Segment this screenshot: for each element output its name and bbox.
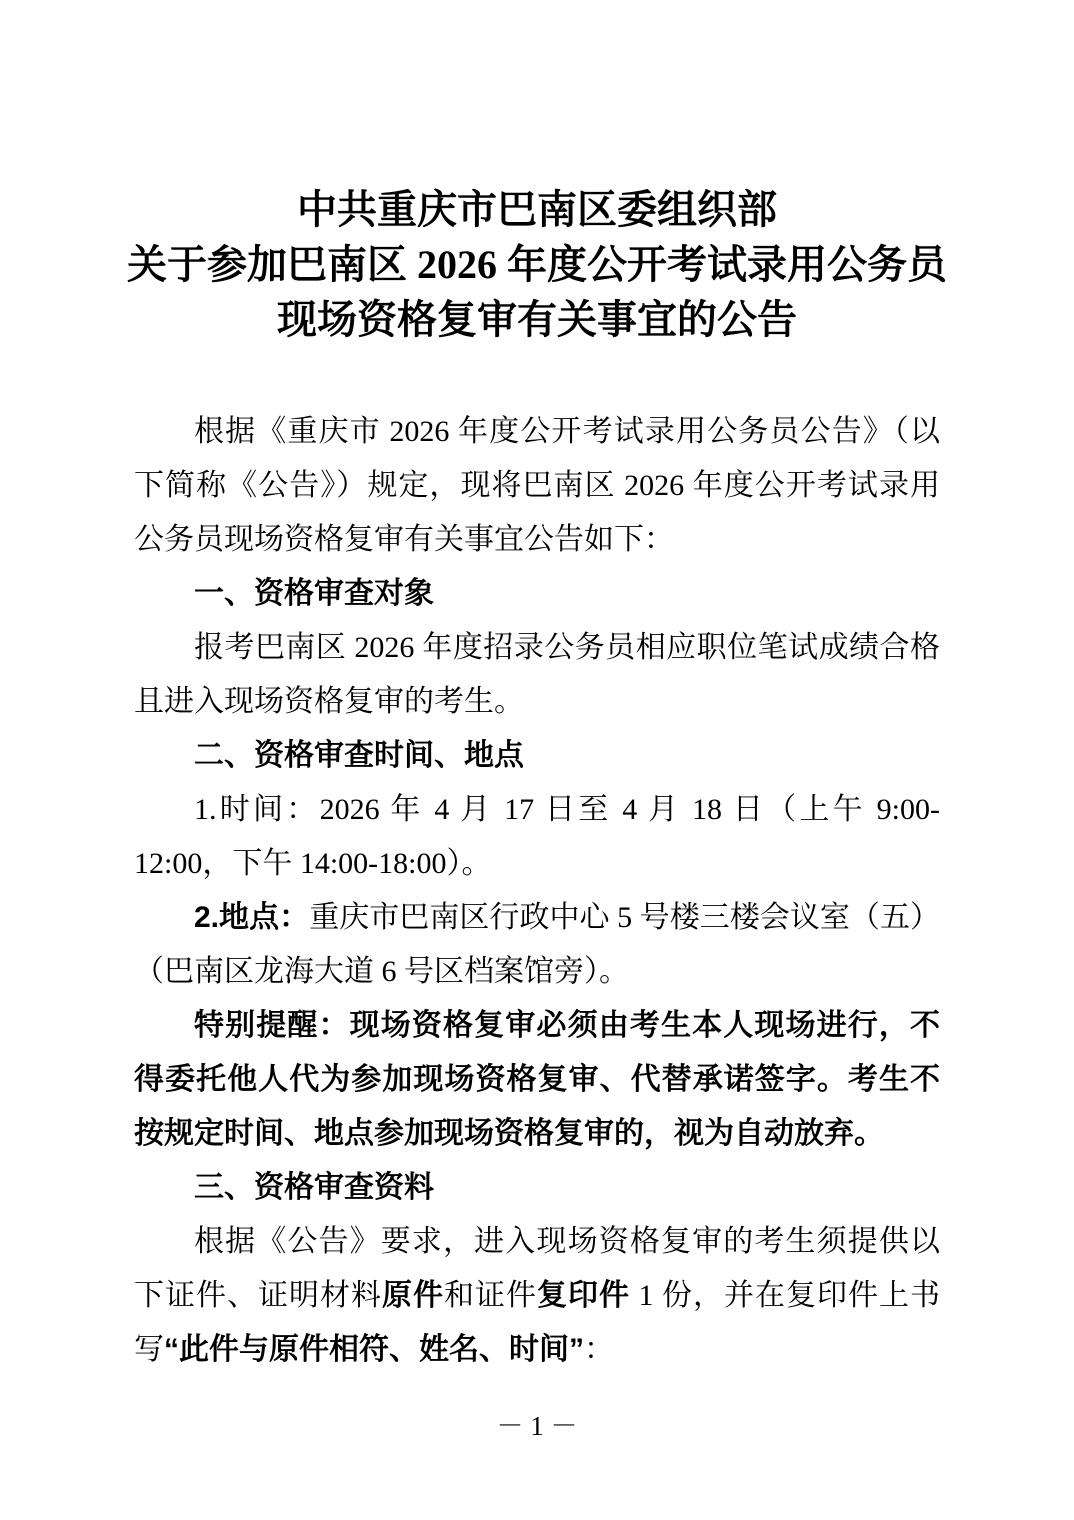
document-page: 中共重庆市巴南区委组织部关于参加巴南区 2026 年度公开考试录用公务员现场资格… [0,0,1074,1520]
emphasized-text: 复印件 [537,1279,630,1312]
emphasized-text: “此件与原件相符、姓名、时间” [164,1333,584,1366]
document-body: 根据《重庆市 2026 年度公开考试录用公务员公告》（以下简称《公告》）规定，现… [134,405,940,1377]
emphasized-text: 特别提醒：现场资格复审必须由考生本人现场进行，不得委托他人代为参加现场资格复审、… [134,1009,940,1150]
section-heading: 一、资格审查对象 [134,567,940,621]
document-title: 中共重庆市巴南区委组织部关于参加巴南区 2026 年度公开考试录用公务员现场资格… [0,0,1074,347]
emphasized-text: 三、资格审查资料 [194,1171,434,1204]
text-run: 报考巴南区 2026 年度招录公务员相应职位笔试成绩合格且进入现场资格复审的考生… [134,631,940,718]
title-line: 现场资格复审有关事宜的公告 [0,292,1074,347]
paragraph: 根据《重庆市 2026 年度公开考试录用公务员公告》（以下简称《公告》）规定，现… [134,405,940,567]
text-run: 根据《重庆市 2026 年度公开考试录用公务员公告》（以下简称《公告》）规定，现… [134,415,940,556]
title-line: 中共重庆市巴南区委组织部 [0,182,1074,237]
section-heading: 三、资格审查资料 [134,1161,940,1215]
title-line: 关于参加巴南区 2026 年度公开考试录用公务员 [0,237,1074,292]
emphasized-text: 一、资格审查对象 [194,577,434,610]
text-run: 和证件 [444,1279,537,1312]
paragraph: 根据《公告》要求，进入现场资格复审的考生须提供以下证件、证明材料原件和证件复印件… [134,1215,940,1377]
paragraph: 特别提醒：现场资格复审必须由考生本人现场进行，不得委托他人代为参加现场资格复审、… [134,999,940,1161]
emphasized-text: 2.地点： [194,901,309,934]
section-heading: 二、资格审查时间、地点 [134,729,940,783]
emphasized-text: 二、资格审查时间、地点 [194,739,524,772]
paragraph: 2.地点：重庆市巴南区行政中心 5 号楼三楼会议室（五）（巴南区龙海大道 6 号… [134,891,940,999]
paragraph: 报考巴南区 2026 年度招录公务员相应职位笔试成绩合格且进入现场资格复审的考生… [134,621,940,729]
text-run: ： [584,1333,614,1366]
emphasized-text: 原件 [382,1279,444,1312]
page-footer: － 1 － [0,1406,1074,1446]
page-number: － 1 － [497,1411,578,1441]
paragraph: 1.时间：2026 年 4 月 17 日至 4 月 18 日（上午 9:00-1… [134,783,940,891]
text-run: 1.时间：2026 年 4 月 17 日至 4 月 18 日（上午 9:00-1… [134,793,940,880]
